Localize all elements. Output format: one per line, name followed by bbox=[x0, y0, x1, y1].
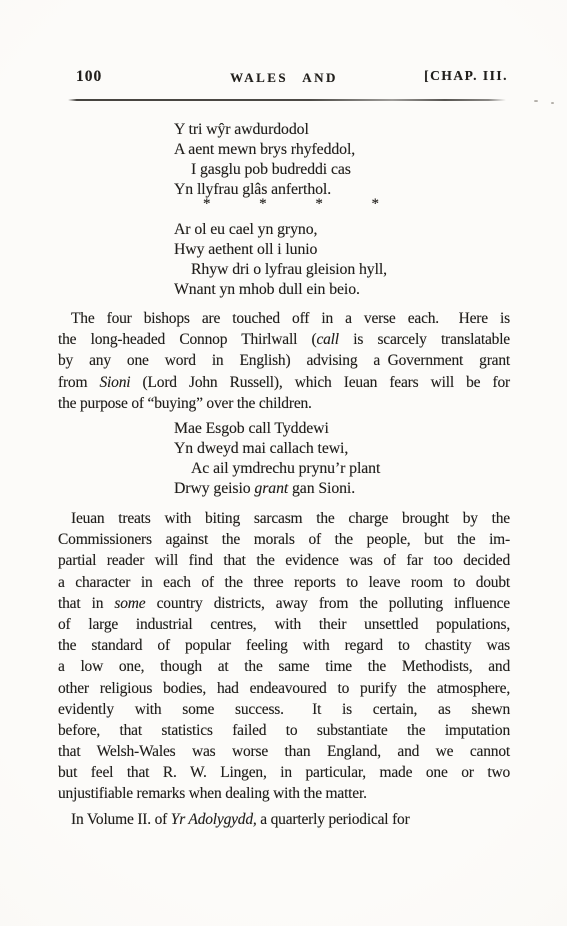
text-segment: Y tri wŷr awdurdodol bbox=[174, 121, 309, 138]
text-segment: Wnant yn mhob dull ein beio. bbox=[174, 281, 360, 298]
verse-stanza-2: Ar ol eu cael yn gryno,Hwy aethent oll i… bbox=[174, 220, 387, 300]
text-line: Yn dweyd mai callach tewi, bbox=[174, 439, 380, 459]
text-segment: but feel that R. W. Lingen, in particula… bbox=[58, 764, 510, 781]
text-line: Drwy geisio grant gan Sioni. bbox=[174, 479, 380, 499]
text-segment: unjustifiable remarks when dealing with … bbox=[58, 785, 367, 802]
italic-text-segment: call bbox=[316, 331, 338, 348]
text-segment: Yn dweyd mai callach tewi, bbox=[174, 440, 348, 457]
text-line: Ac ail ymdrechu prynu’r plant bbox=[191, 459, 380, 479]
text-line: but feel that R. W. Lingen, in particula… bbox=[58, 762, 510, 783]
text-line: In Volume II. of Yr Adolygydd, a quarter… bbox=[58, 809, 510, 830]
text-segment: Hwy aethent oll i lunio bbox=[174, 241, 317, 258]
paragraph-1: The four bishops are touched off in a ve… bbox=[58, 308, 510, 414]
text-line: other religious bodies, had endeavoured … bbox=[58, 678, 510, 699]
text-line: A aent mewn brys rhyfeddol, bbox=[174, 140, 355, 160]
text-line: Ieuan treats with biting sarcasm the cha… bbox=[58, 508, 510, 529]
text-line: Y tri wŷr awdurdodol bbox=[174, 120, 355, 140]
text-segment: A aent mewn brys rhyfeddol, bbox=[174, 141, 355, 158]
text-segment: Drwy geisio bbox=[174, 480, 254, 497]
book-page: 100 WALES AND [CHAP. III. Y tri wŷr awdu… bbox=[0, 0, 567, 926]
text-segment: that Welsh-Wales was worse than England,… bbox=[58, 743, 510, 760]
text-line: a character in each of the three reports… bbox=[58, 572, 510, 593]
asterisk-glyph: * bbox=[371, 194, 379, 214]
text-line: of large industrial centres, with their … bbox=[58, 614, 510, 635]
verse-stanza-3: Mae Esgob call TyddewiYn dweyd mai calla… bbox=[174, 419, 380, 499]
text-segment: (Lord John Russell), which Ieuan fears w… bbox=[130, 374, 510, 391]
text-segment: Ar ol eu cael yn gryno, bbox=[174, 221, 317, 238]
asterisk-glyph: * bbox=[315, 194, 323, 214]
text-segment: a character in each of the three reports… bbox=[58, 574, 510, 591]
chapter-label: [CHAP. III. bbox=[424, 68, 508, 84]
text-segment: evidently with some success. It is certa… bbox=[58, 701, 510, 718]
text-segment: gan Sioni. bbox=[288, 480, 355, 497]
text-line: Hwy aethent oll i lunio bbox=[174, 240, 387, 260]
italic-text-segment: some bbox=[114, 595, 145, 612]
text-line: Rhyw dri o lyfrau gleision hyll, bbox=[191, 260, 387, 280]
text-segment: In Volume II. of bbox=[71, 811, 171, 828]
text-line: by any one word in English) advising a G… bbox=[58, 350, 510, 371]
text-segment: I gasglu pob budreddi cas bbox=[191, 161, 351, 178]
text-segment: the long-headed Connop Thirlwall ( bbox=[58, 331, 316, 348]
scan-speckle bbox=[551, 102, 554, 104]
text-line: the standard of popular feeling with reg… bbox=[58, 635, 510, 656]
text-line: evidently with some success. It is certa… bbox=[58, 699, 510, 720]
text-segment: Rhyw dri o lyfrau gleision hyll, bbox=[191, 261, 387, 278]
text-line: that Welsh-Wales was worse than England,… bbox=[58, 741, 510, 762]
italic-text-segment: Sioni bbox=[100, 374, 131, 391]
text-segment: before, that statistics failed to substa… bbox=[58, 722, 510, 739]
text-segment: from bbox=[58, 374, 100, 391]
text-segment: other religious bodies, had endeavoured … bbox=[58, 680, 510, 697]
text-line: unjustifiable remarks when dealing with … bbox=[58, 783, 510, 804]
text-line: the long-headed Connop Thirlwall (call i… bbox=[58, 329, 510, 350]
text-line: before, that statistics failed to substa… bbox=[58, 720, 510, 741]
text-line: Mae Esgob call Tyddewi bbox=[174, 419, 380, 439]
text-segment: the standard of popular feeling with reg… bbox=[58, 637, 510, 654]
text-line: a low one, though at the same time the M… bbox=[58, 656, 510, 677]
italic-text-segment: grant bbox=[254, 480, 288, 497]
text-line: The four bishops are touched off in a ve… bbox=[58, 308, 510, 329]
verse-stanza-1: Y tri wŷr awdurdodolA aent mewn brys rhy… bbox=[174, 120, 355, 200]
text-line: Wnant yn mhob dull ein beio. bbox=[174, 280, 387, 300]
page-header: 100 WALES AND [CHAP. III. bbox=[58, 67, 510, 89]
text-segment: a quarterly periodical for bbox=[257, 811, 410, 828]
text-segment: of large industrial centres, with their … bbox=[58, 616, 510, 633]
asterisk-separator: * * * * bbox=[203, 194, 379, 214]
text-segment: that in bbox=[58, 595, 114, 612]
text-line: from Sioni (Lord John Russell), which Ie… bbox=[58, 372, 510, 393]
asterisk-glyph: * bbox=[203, 194, 211, 214]
text-segment: is scarcely translatable bbox=[339, 331, 510, 348]
text-line: Commissioners against the morals of the … bbox=[58, 529, 510, 550]
asterisk-glyph: * bbox=[259, 194, 267, 214]
text-segment: Mae Esgob call Tyddewi bbox=[174, 420, 329, 437]
text-segment: partial reader will find that the eviden… bbox=[58, 552, 510, 569]
paragraph-3: In Volume II. of Yr Adolygydd, a quarter… bbox=[58, 809, 510, 830]
text-line: that in some country districts, away fro… bbox=[58, 593, 510, 614]
text-segment: by any one word in English) advising a G… bbox=[58, 352, 510, 369]
text-segment: the purpose of “buying” over the childre… bbox=[58, 395, 312, 412]
text-line: I gasglu pob budreddi cas bbox=[191, 160, 355, 180]
italic-text-segment: Yr Adolygydd, bbox=[171, 811, 257, 828]
paragraph-2: Ieuan treats with biting sarcasm the cha… bbox=[58, 508, 510, 805]
text-line: the purpose of “buying” over the childre… bbox=[58, 393, 510, 414]
text-line: partial reader will find that the eviden… bbox=[58, 550, 510, 571]
header-rule bbox=[68, 99, 506, 101]
text-segment: a low one, though at the same time the M… bbox=[58, 658, 510, 675]
text-segment: Commissioners against the morals of the … bbox=[58, 531, 510, 548]
text-segment: The four bishops are touched off in a ve… bbox=[71, 310, 510, 327]
text-segment: country districts, away from the polluti… bbox=[145, 595, 510, 612]
text-segment: Ac ail ymdrechu prynu’r plant bbox=[191, 460, 380, 477]
text-line: Ar ol eu cael yn gryno, bbox=[174, 220, 387, 240]
scan-speckle bbox=[534, 100, 538, 102]
text-segment: Ieuan treats with biting sarcasm the cha… bbox=[71, 510, 510, 527]
